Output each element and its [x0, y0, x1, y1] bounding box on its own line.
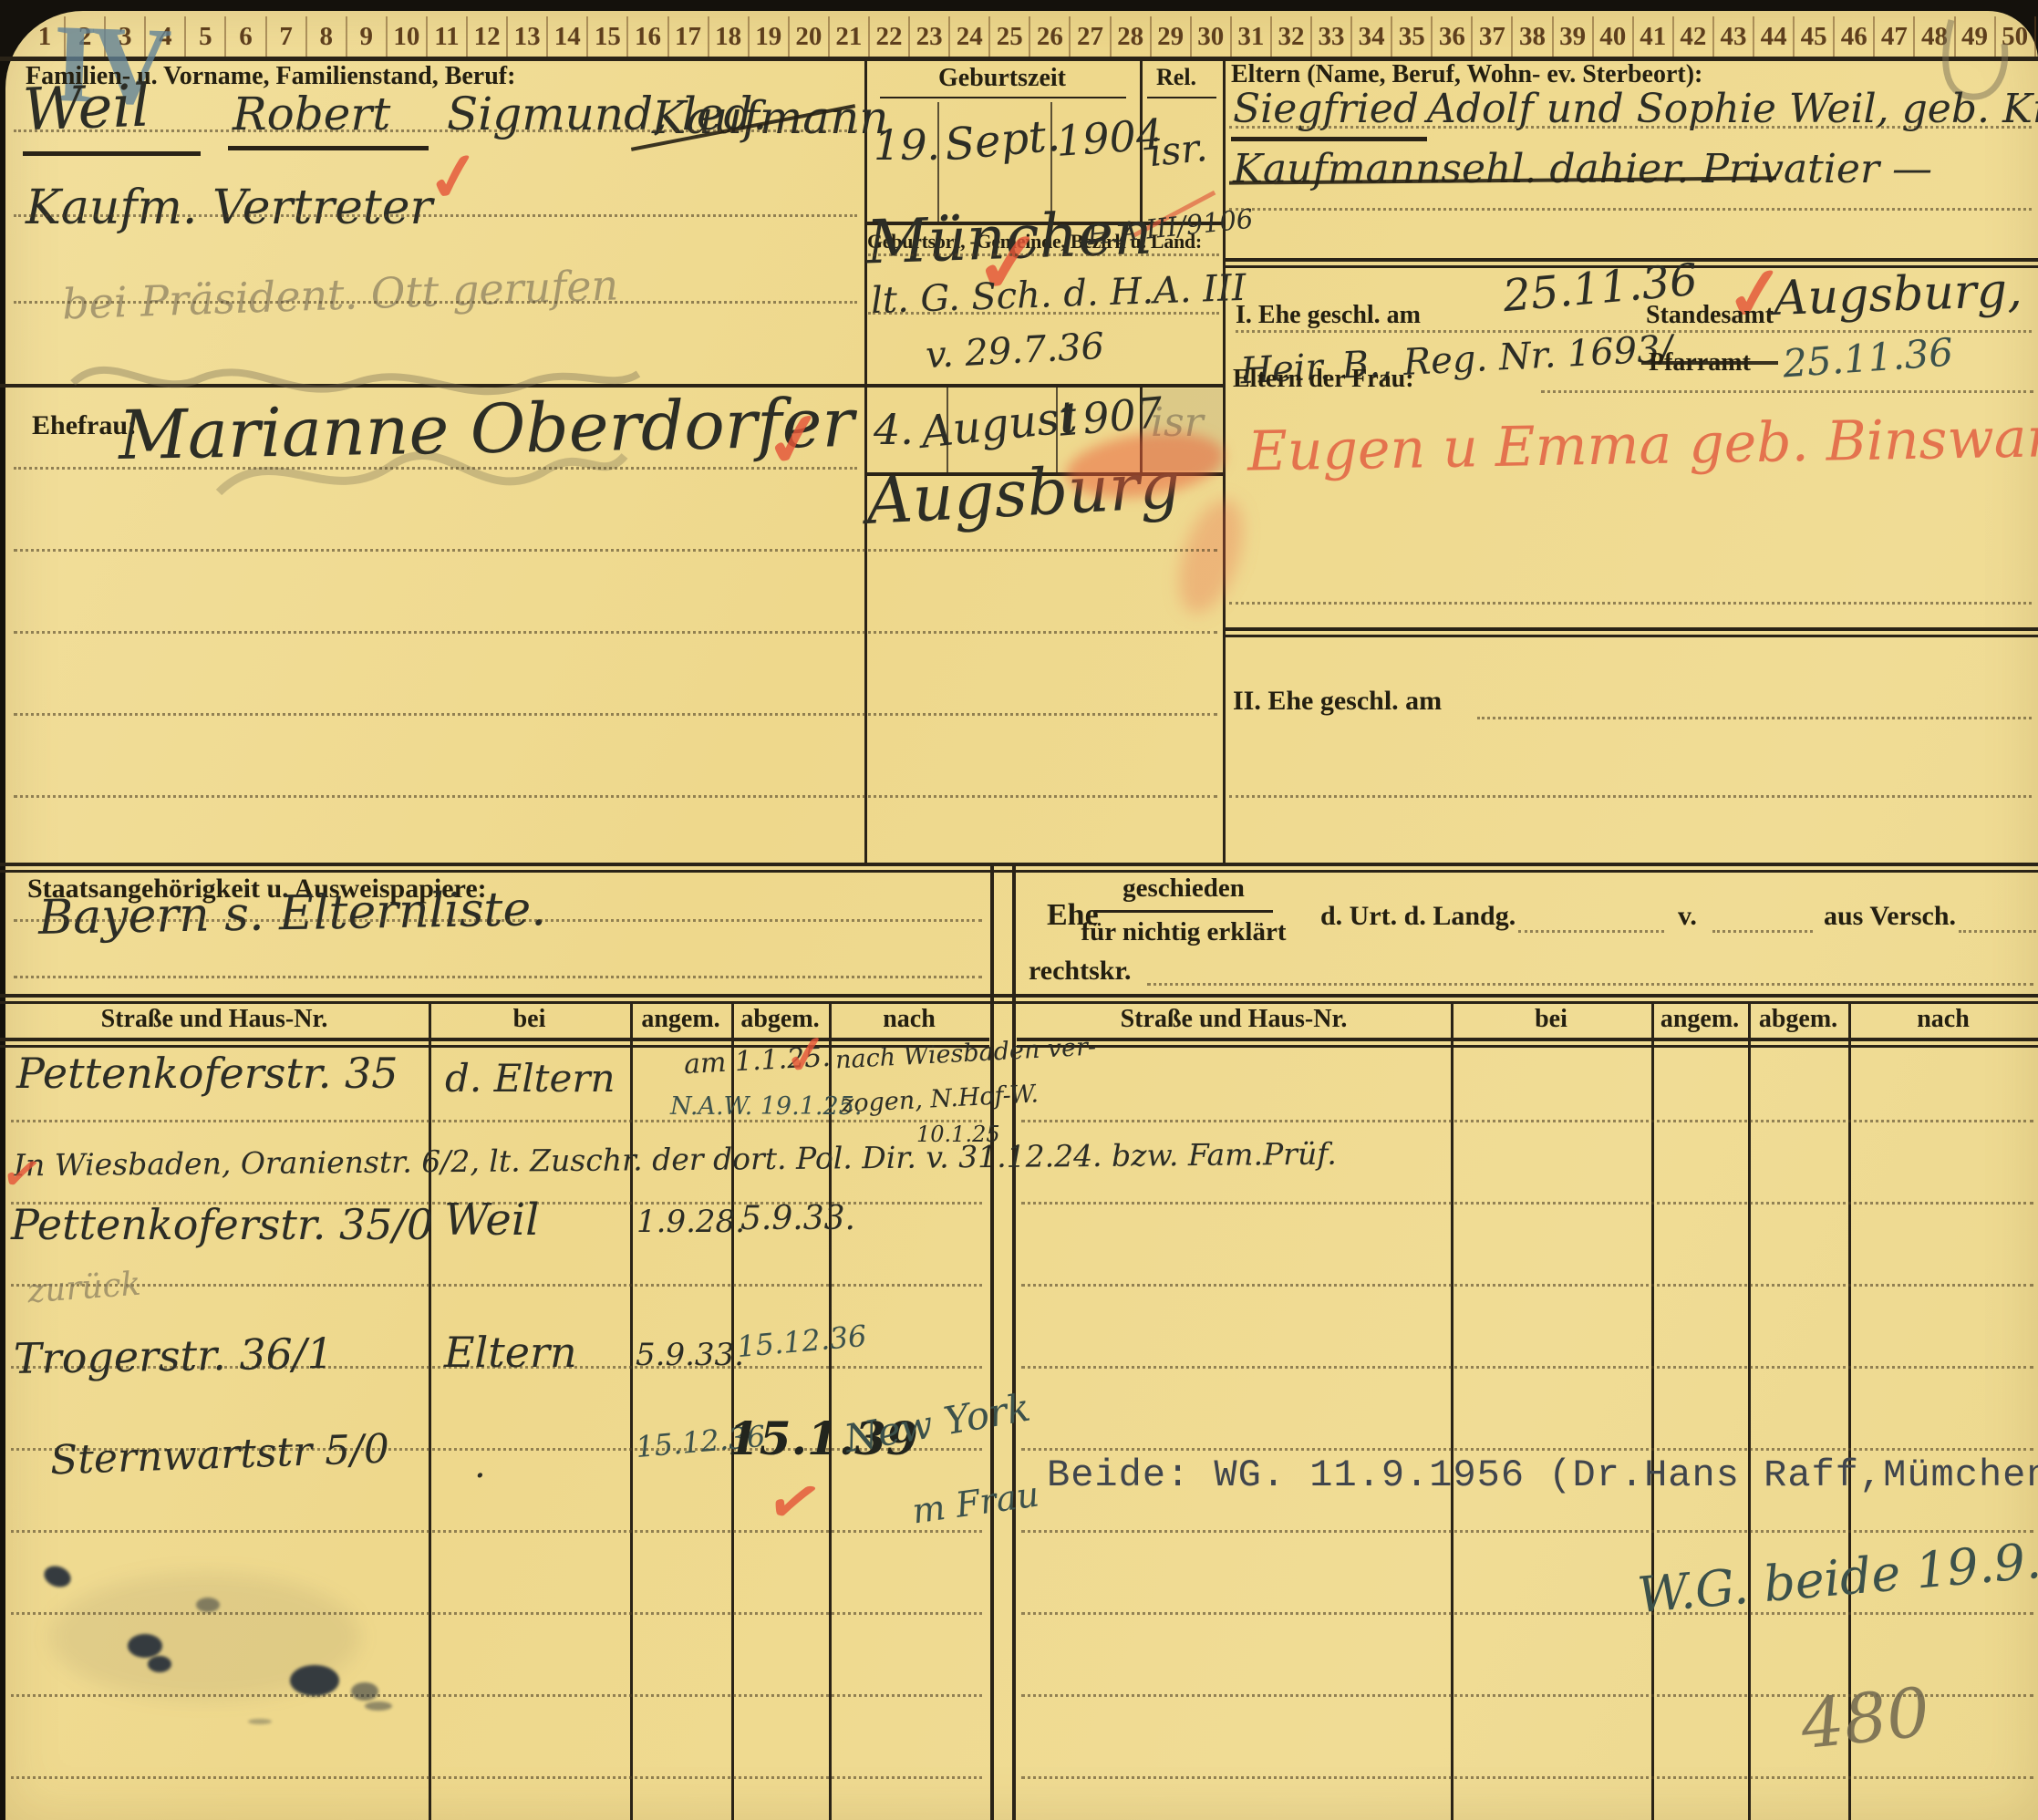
divorce-option-bottom: für nichtig erklärt — [1060, 917, 1307, 947]
dotted-rule — [1021, 1448, 2033, 1451]
person-occupation2: Kaufm. Vertreter — [26, 181, 432, 235]
table-column-line — [731, 1001, 734, 1820]
family-name-underline — [23, 151, 201, 156]
dotted-rule — [1229, 208, 2032, 211]
religion-value: isr. — [1147, 125, 1210, 175]
ruler-number: 29 — [1152, 16, 1192, 57]
ruler-number: 42 — [1674, 16, 1714, 57]
ruler: 1234567891011121314151617181920212223242… — [26, 16, 2036, 57]
ink-blob — [351, 1682, 378, 1701]
dotted-rule — [11, 1776, 982, 1779]
marriage2-label: II. Ehe geschl. am — [1233, 686, 1442, 717]
dotted-rule — [14, 214, 857, 217]
marriage1-label: I. Ehe geschl. am — [1236, 301, 1421, 330]
ink-blob — [148, 1656, 171, 1672]
dotted-rule — [14, 129, 857, 132]
birth-month: Sept. — [943, 110, 1062, 171]
parents-line2-struck: Kaufmannsehl. dahier. Privatier — — [1233, 146, 1932, 192]
residence-street: Trogerstr. 36/1 — [14, 1329, 334, 1383]
dotted-rule — [1021, 1366, 2033, 1369]
table-column-line — [1651, 1001, 1654, 1820]
dotted-rule — [14, 549, 1217, 552]
ruler-number: 45 — [1795, 16, 1835, 57]
residence-bei: Weil — [444, 1194, 540, 1246]
dotted-rule — [1021, 1612, 2033, 1615]
ruler-number: 30 — [1192, 16, 1232, 57]
dotted-rule — [11, 1284, 982, 1287]
table-header-bei: bei — [1451, 1005, 1651, 1034]
ruler-number: 12 — [468, 16, 508, 57]
table-header-nach: nach — [829, 1005, 989, 1034]
dotted-rule — [1541, 390, 2033, 393]
ruler-number: 40 — [1594, 16, 1634, 57]
divorce-court: d. Urt. d. Landg. — [1320, 901, 1516, 932]
divorce-option-top: geschieden — [1094, 874, 1273, 904]
ruler-number: 10 — [388, 16, 428, 57]
ruler-number: 18 — [709, 16, 750, 57]
ruler-number: 27 — [1071, 16, 1111, 57]
ruler-number: 5 — [186, 16, 226, 57]
table-column-line — [1451, 1001, 1453, 1820]
residence-abgem: 5.9.33. — [740, 1200, 855, 1237]
table-column-line — [630, 1001, 633, 1820]
religion-label: Rel. — [1156, 64, 1196, 91]
ruler-number: 38 — [1513, 16, 1553, 57]
section-divider — [0, 863, 2038, 873]
dotted-rule — [1229, 795, 2032, 798]
dotted-rule — [1712, 930, 1813, 933]
table-column-line — [1748, 1001, 1751, 1820]
center-divider — [1012, 866, 1016, 1820]
ruler-number: 47 — [1875, 16, 1915, 57]
table-header-nach: nach — [1848, 1005, 2038, 1034]
column-divider — [864, 60, 867, 864]
table-header-abgem: abgem. — [1748, 1005, 1848, 1034]
dotted-rule — [1021, 1776, 2033, 1779]
ruler-number: 8 — [307, 16, 347, 57]
residence-street: Pettenkoferstr. 35 — [16, 1049, 398, 1098]
marriage2-top-line — [1223, 627, 2038, 637]
table-header-angem: angem. — [1651, 1005, 1748, 1034]
ruler-number: 21 — [830, 16, 870, 57]
ruler-number: 22 — [870, 16, 910, 57]
residence-pencil-note: zurück — [26, 1266, 142, 1311]
dotted-rule — [14, 976, 982, 978]
dotted-rule — [11, 1530, 982, 1533]
dotted-rule — [1518, 930, 1664, 933]
dotted-rule — [868, 253, 1219, 256]
divorce-aus: aus Versch. — [1824, 901, 1956, 932]
citizenship-value: Bayern s. Elternliste. — [38, 882, 547, 946]
ruler-number: 28 — [1112, 16, 1152, 57]
divorce-rechtskr: rechtskr. — [1029, 956, 1132, 987]
dotted-rule — [14, 795, 1217, 798]
column-divider — [1223, 60, 1226, 864]
dotted-rule — [1236, 330, 2032, 333]
given-name-underline — [228, 146, 429, 150]
ruler-number: 44 — [1754, 16, 1795, 57]
person-family-name: Weil — [22, 73, 151, 145]
residence-angem: 5.9.33. — [636, 1337, 744, 1373]
ruler-number: 7 — [267, 16, 307, 57]
pencil-number: 480 — [1797, 1673, 1933, 1764]
ruler-number: 11 — [428, 16, 468, 57]
ruler-number: 14 — [548, 16, 588, 57]
divorce-von: v. — [1678, 901, 1697, 932]
residence-abgem-note: N.A.W. 19.1.25. — [670, 1092, 862, 1121]
ruler-number: 20 — [790, 16, 830, 57]
residence-angem: 1.9.28. — [636, 1204, 745, 1240]
ruler-number: 35 — [1392, 16, 1433, 57]
dotted-rule — [868, 312, 1219, 315]
wife-parents-label: Eltern der Frau: — [1233, 365, 1414, 394]
rel-underline — [1147, 97, 1216, 98]
residence-street: Pettenkoferstr. 35/0 — [11, 1200, 433, 1249]
dotted-rule — [1477, 717, 2032, 719]
ruler-number: 39 — [1554, 16, 1594, 57]
ruler-number: 19 — [750, 16, 790, 57]
dotted-rule — [14, 301, 857, 304]
dotted-rule — [14, 919, 982, 922]
dotted-rule — [1229, 126, 2032, 129]
dotted-rule — [14, 467, 857, 470]
ruler-bottom-line — [0, 57, 2038, 61]
red-check: ✓ — [781, 1027, 831, 1084]
ruler-number: 36 — [1433, 16, 1473, 57]
ruler-number: 43 — [1714, 16, 1754, 57]
ruler-number: 13 — [508, 16, 548, 57]
dotted-rule — [1021, 1530, 2033, 1533]
wife-name: Marianne Oberdorfer — [118, 384, 854, 475]
ruler-number: 25 — [990, 16, 1030, 57]
residence-bei: Eltern — [444, 1328, 577, 1377]
ruler-number: 37 — [1473, 16, 1513, 57]
registration-card-scan: 1234567891011121314151617181920212223242… — [0, 0, 2038, 1820]
table-header-street: Straße und Haus-Nr. — [1017, 1005, 1451, 1034]
dotted-rule — [14, 631, 1217, 634]
birth-day: 19. — [874, 120, 940, 170]
dotted-rule — [14, 713, 1217, 716]
dotted-rule — [1021, 1202, 2033, 1205]
dotted-rule — [1147, 983, 2033, 986]
pfarramt-strike — [1641, 361, 1778, 365]
residence-bei: . — [474, 1444, 486, 1486]
center-divider — [990, 866, 994, 1820]
dotted-rule — [1229, 602, 2032, 605]
ruler-number: 33 — [1312, 16, 1352, 57]
ruler-number: 6 — [226, 16, 266, 57]
parents-name-underline — [1231, 137, 1427, 141]
divorce-fraction-line — [1094, 910, 1273, 913]
residence-bei: d. Eltern — [445, 1056, 616, 1101]
ruler-number: 46 — [1835, 16, 1875, 57]
geburtszeit-underline — [880, 97, 1126, 98]
person-given-name: Robert — [233, 88, 390, 140]
ink-blob — [290, 1665, 339, 1696]
table-header-bei: bei — [429, 1005, 630, 1034]
standesamt-value: Augsburg, U. — [1773, 261, 2038, 326]
ruler-number: 17 — [669, 16, 709, 57]
ruler-number: 24 — [950, 16, 990, 57]
ruler-number: 34 — [1352, 16, 1392, 57]
ruler-number: 9 — [347, 16, 388, 57]
table-header-angem: angem. — [630, 1005, 731, 1034]
ruler-number: 26 — [1030, 16, 1071, 57]
dotted-rule — [1021, 1120, 2033, 1122]
dotted-rule — [1021, 1284, 2033, 1287]
ruler-number: 32 — [1272, 16, 1312, 57]
ink-blob — [196, 1598, 220, 1612]
birth-label: Geburtszeit — [864, 64, 1140, 93]
ruler-number: 31 — [1232, 16, 1272, 57]
ruler-number: 15 — [588, 16, 628, 57]
table-header-street: Straße und Haus-Nr. — [0, 1005, 429, 1034]
table-column-line — [829, 1001, 832, 1820]
ruler-number: 41 — [1634, 16, 1674, 57]
ink-blob — [128, 1634, 162, 1658]
table-header-bottom-line — [1017, 1038, 2038, 1048]
ruler-number: 23 — [910, 16, 950, 57]
table-column-line — [429, 1001, 431, 1820]
dotted-rule — [1959, 930, 2036, 933]
standesamt-label: Standesamt — [1646, 301, 1774, 330]
table-top-line — [0, 994, 2038, 1004]
wife-birth-day: 4. — [874, 405, 914, 454]
ruler-number: 16 — [628, 16, 668, 57]
restitution-typed-note: Beide: WG. 11.9.1956 (Dr.Hans Raff,Mümch… — [1047, 1453, 2038, 1497]
